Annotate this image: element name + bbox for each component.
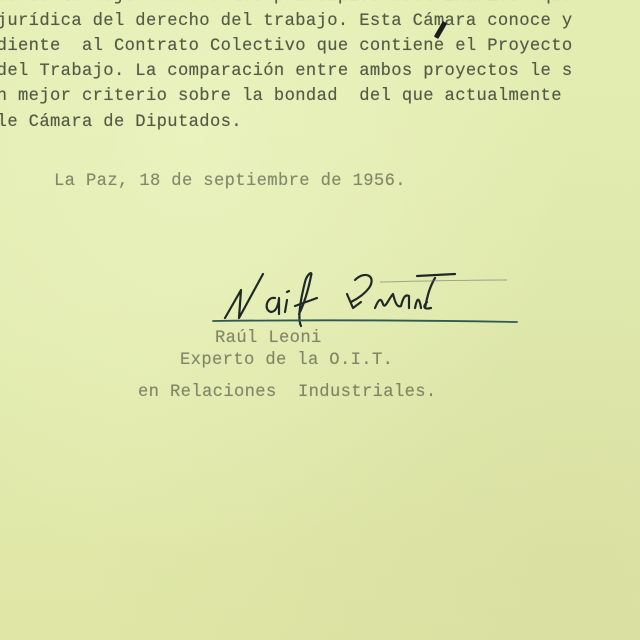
signatory-title-line-1: Experto de la O.I.T. xyxy=(180,351,393,370)
body-line-1: ute de la mejor manera los principios do… xyxy=(0,0,573,6)
body-line-2: jurídica del derecho del trabajo. Esta C… xyxy=(0,12,573,31)
body-line-6: ble Cámara de Diputados. xyxy=(0,113,242,132)
typed-signatory-name: Raúl Leoni xyxy=(215,329,322,348)
signatory-title-line-2: en Relaciones Industriales. xyxy=(138,383,437,402)
body-line-5: un mejor criterio sobre la bondad del qu… xyxy=(0,87,562,106)
body-line-3: ndiente al Contrato Colectivo que contie… xyxy=(0,37,573,56)
date-line: La Paz, 18 de septiembre de 1956. xyxy=(54,172,406,191)
body-line-4: del Trabajo. La comparación entre ambos … xyxy=(0,62,573,81)
handwritten-signature xyxy=(205,268,525,332)
